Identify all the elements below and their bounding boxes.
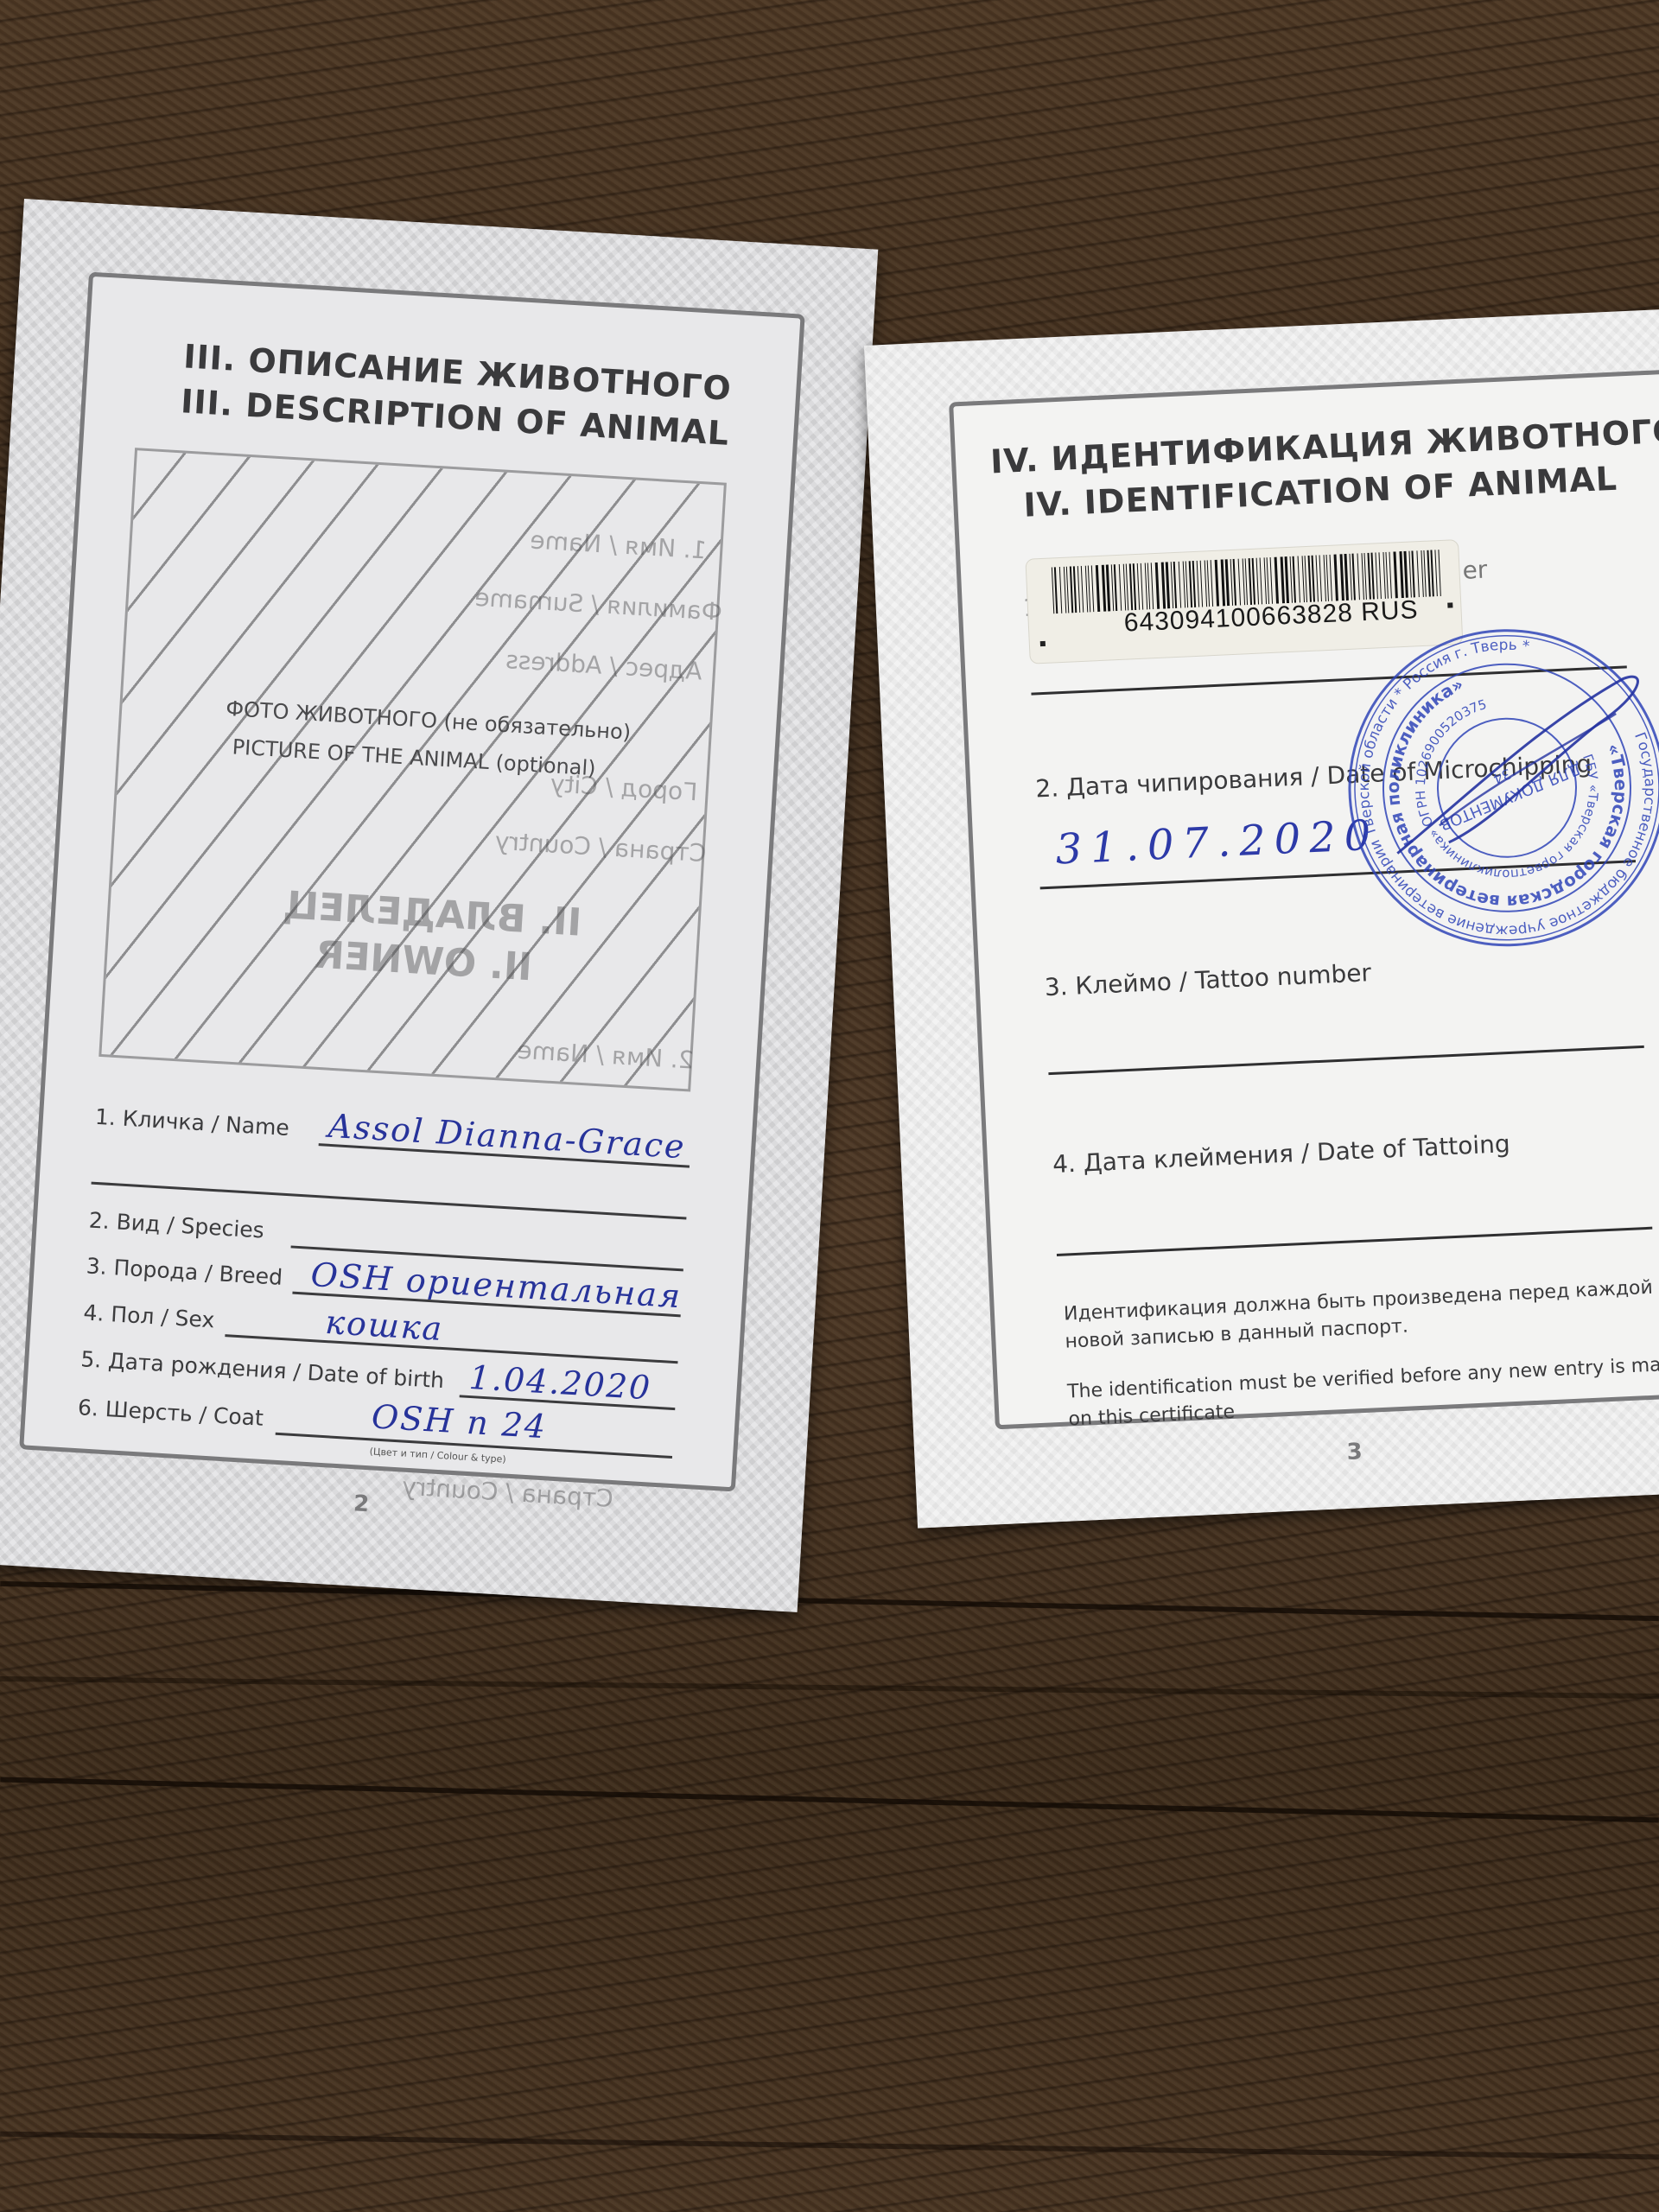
identification-note-en: The identification must be verified befo… [1066,1351,1659,1434]
bleedthrough-label: 1. Имя / Name [530,525,708,564]
handwritten-microchipping-date: 31.07.2020 [1054,811,1380,874]
field-label: 2. Вид / Species [88,1208,264,1243]
page-number: 2 [353,1491,370,1517]
field-underline [1057,1227,1652,1256]
sticker-dot [1040,641,1046,646]
page-frame: IV. ИДЕНТИФИКАЦИЯ ЖИВОТНОГО IV. IDENTIFI… [949,370,1659,1430]
field-label: 4. Пол / Sex [83,1300,215,1332]
table-plank-seam [0,1777,1659,1823]
bleedthrough-label: 2. Имя / Name [517,1036,695,1075]
section-title: III. ОПИСАНИЕ ЖИВОТНОГО III. DESCRIPTION… [180,334,734,456]
handwritten-date-of-birth: 1.04.2020 [468,1358,653,1407]
microchip-label-fragment: er [1462,556,1488,585]
section-title: IV. ИДЕНТИФИКАЦИЯ ЖИВОТНОГО IV. IDENTIFI… [989,410,1649,529]
bleedthrough-label: Страна / Country [494,827,707,868]
clinic-stamp-icon: Государственное бюджетное учреждение вет… [1336,616,1659,959]
handwritten-coat: OSH n 24 [371,1397,549,1446]
svg-text:«Тверская городская ветеринарн: «Тверская городская ветеринарная поликли… [1344,625,1659,950]
svg-text:ДЛЯ ДОКУМЕНТОВ: ДЛЯ ДОКУМЕНТОВ [1437,759,1584,834]
field-label: 5. Дата рождения / Date of birth [80,1346,445,1393]
coat-hint: (Цвет и тип / Colour & type) [369,1446,506,1465]
field-label: 3. Порода / Breed [86,1253,283,1289]
table-plank-seam [0,1581,1659,1621]
page-number: 3 [1346,1439,1363,1465]
field-label-tattoo-date: 4. Дата клеймения / Date of Tattoing [1052,1129,1510,1179]
bleedthrough-label: Город / City [550,769,698,806]
field-label-tattoo-number: 3. Клеймо / Tattoo number [1044,958,1371,1001]
identification-note-ru: Идентификация должна быть произведена пе… [1063,1273,1659,1357]
table-plank-seam [0,1676,1659,1699]
bleedthrough-label: Адрес / Address [505,645,702,685]
sticker-dot [1447,602,1452,607]
table-plank-seam [0,2132,1659,2160]
field-label: 6. Шерсть / Coat [77,1395,264,1431]
passport-page-2: III. ОПИСАНИЕ ЖИВОТНОГО III. DESCRIPTION… [0,199,878,1612]
bleedthrough-label: Страна / Country [401,1472,613,1513]
field-label: 1. Кличка / Name [94,1104,289,1141]
animal-photo-box: ФОТО ЖИВОТНОГО (не обязательно) PICTURE … [99,448,727,1091]
field-underline [1048,1046,1643,1075]
bleedthrough-label: Фамилия / Surname [474,583,723,626]
page-frame: III. ОПИСАНИЕ ЖИВОТНОГО III. DESCRIPTION… [19,272,804,1492]
handwritten-sex: кошка [324,1303,444,1348]
passport-page-3: V. ПОСТ IV. ИДЕНТИФИКАЦИЯ ЖИВОТНОГО IV. … [864,308,1659,1528]
bleedthrough-section: II. OWNER [314,933,533,990]
